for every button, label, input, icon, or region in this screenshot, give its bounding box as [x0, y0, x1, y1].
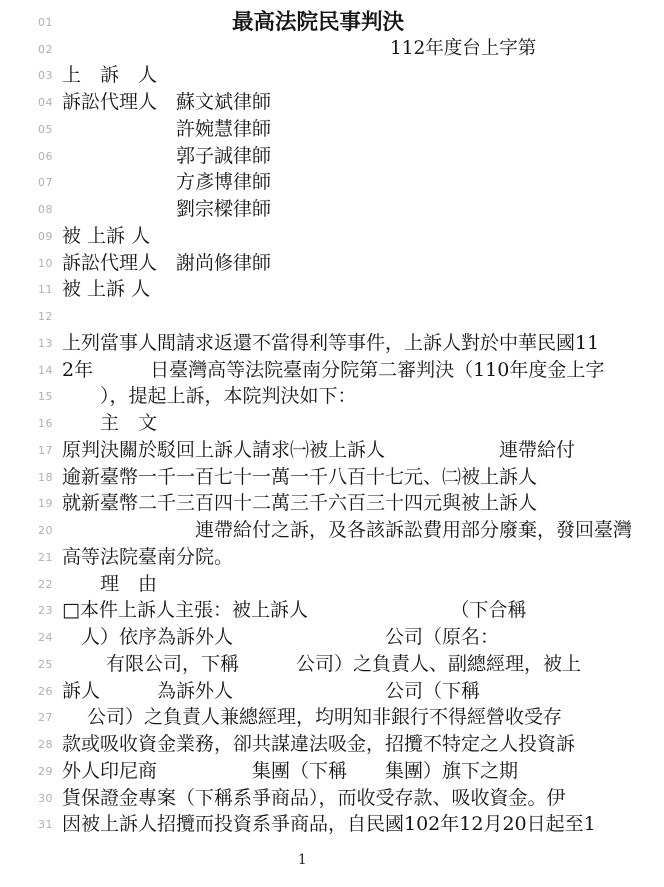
document-line: 142年 日臺灣高等法院臺南分院第二審判決（110年度金上字 — [0, 357, 664, 384]
line-number: 31 — [38, 818, 62, 831]
line-text: 訴訟代理人 謝尚修律師 — [62, 254, 271, 273]
document-lines: 01最高法院民事判決02112年度台上字第03上 訴 人04訴訟代理人 蘇文斌律… — [0, 0, 664, 838]
document-line: 01最高法院民事判決 — [0, 9, 664, 36]
line-number: 14 — [38, 364, 62, 377]
line-text: 理 由 — [62, 575, 157, 594]
document-line: 15 ），提起上訴，本院判決如下： — [0, 384, 664, 411]
line-number: 02 — [38, 43, 62, 56]
line-number: 18 — [38, 471, 62, 484]
line-number: 26 — [38, 685, 62, 698]
judgment-title: 最高法院民事判決 — [62, 12, 404, 34]
line-number: 19 — [38, 497, 62, 510]
document-line: 16 主 文 — [0, 410, 664, 437]
line-number: 12 — [38, 310, 62, 323]
line-number: 01 — [38, 16, 62, 29]
line-text: 被 上訴 人 — [62, 227, 150, 246]
line-number: 15 — [38, 390, 62, 403]
line-text: 訴人 為訴外人 公司（下稱 — [62, 682, 480, 701]
document-line: 24 人）依序為訴外人 公司（原名： — [0, 624, 664, 651]
line-text: 被 上訴 人 — [62, 280, 150, 299]
document-line: 21高等法院臺南分院。 — [0, 544, 664, 571]
line-text: ），提起上訴，本院判決如下： — [62, 387, 357, 406]
line-number: 08 — [38, 203, 62, 216]
document-line: 18逾新臺幣一千一百七十一萬一千八百十七元、㈡被上訴人 — [0, 464, 664, 491]
document-line: 19就新臺幣二千三百四十二萬三千六百三十四元與被上訴人 — [0, 491, 664, 518]
line-number: 23 — [38, 604, 62, 617]
line-text: 上列當事人間請求返還不當得利等事件，上訴人對於中華民國11 — [62, 334, 599, 353]
line-text: 人）依序為訴外人 公司（原名： — [62, 628, 499, 647]
line-number: 10 — [38, 257, 62, 270]
line-text: 原判決關於駁回上訴人請求㈠被上訴人 連帶給付 — [62, 441, 575, 460]
page-number: 1 — [0, 852, 307, 868]
document-line: 31因被上訴人招攬而投資系爭商品，自民國102年12月20日起至1 — [0, 812, 664, 839]
line-text: 貨保證金專案（下稱系爭商品），而收受存款、吸收資金。伊 — [62, 789, 566, 808]
document-line: 28款或吸收資金業務，卻共謀違法吸金，招攬不特定之人投資訴 — [0, 731, 664, 758]
line-number: 21 — [38, 551, 62, 564]
line-text: 外人印尼商 集團（下稱 集團）旗下之期 — [62, 762, 518, 781]
line-number: 25 — [38, 658, 62, 671]
line-number: 30 — [38, 792, 62, 805]
document-line: 30貨保證金專案（下稱系爭商品），而收受存款、吸收資金。伊 — [0, 785, 664, 812]
document-line: 11被 上訴 人 — [0, 277, 664, 304]
document-line: 20 連帶給付之訴，及各該訴訟費用部分廢棄，發回臺灣 — [0, 517, 664, 544]
case-number: 112年度台上字第 — [62, 40, 536, 59]
document-line: 12 — [0, 303, 664, 330]
line-number: 04 — [38, 96, 62, 109]
document-line: 09被 上訴 人 — [0, 223, 664, 250]
document-line: 13上列當事人間請求返還不當得利等事件，上訴人對於中華民國11 — [0, 330, 664, 357]
document-line: 04訴訟代理人 蘇文斌律師 — [0, 89, 664, 116]
document-line: 02112年度台上字第 — [0, 36, 664, 63]
line-number: 06 — [38, 150, 62, 163]
line-number: 22 — [38, 578, 62, 591]
document-line: 17原判決關於駁回上訴人請求㈠被上訴人 連帶給付 — [0, 437, 664, 464]
line-number: 24 — [38, 631, 62, 644]
line-number: 20 — [38, 524, 62, 537]
line-text: 2年 日臺灣高等法院臺南分院第二審判決（110年度金上字 — [62, 361, 604, 380]
line-text: 款或吸收資金業務，卻共謀違法吸金，招攬不特定之人投資訴 — [62, 735, 575, 754]
document-line: 05 許婉慧律師 — [0, 116, 664, 143]
document-line: 26訴人 為訴外人 公司（下稱 — [0, 678, 664, 705]
line-number: 16 — [38, 417, 62, 430]
document-line: 25 有限公司，下稱 公司）之負責人、副總經理，被上 — [0, 651, 664, 678]
line-text: 連帶給付之訴，及各該訴訟費用部分廢棄，發回臺灣 — [62, 521, 632, 540]
line-number: 03 — [38, 69, 62, 82]
line-number: 05 — [38, 123, 62, 136]
document-line: 29外人印尼商 集團（下稱 集團）旗下之期 — [0, 758, 664, 785]
line-text: 因被上訴人招攬而投資系爭商品，自民國102年12月20日起至1 — [62, 815, 596, 834]
line-number: 17 — [38, 444, 62, 457]
line-text: 劉宗樑律師 — [62, 200, 271, 219]
line-number: 29 — [38, 765, 62, 778]
document-line: 03上 訴 人 — [0, 63, 664, 90]
line-text: 公司）之負責人兼總經理，均明知非銀行不得經營收受存 — [62, 708, 562, 727]
line-number: 28 — [38, 738, 62, 751]
document-line: 23□本件上訴人主張：被上訴人 （下合稱 — [0, 598, 664, 625]
document-line: 10訴訟代理人 謝尚修律師 — [0, 250, 664, 277]
line-text: 許婉慧律師 — [62, 120, 271, 139]
line-number: 07 — [38, 176, 62, 189]
line-number: 13 — [38, 337, 62, 350]
line-text: 高等法院臺南分院。 — [62, 548, 233, 567]
page-footer: 1 — [0, 849, 664, 868]
line-text: 逾新臺幣一千一百七十一萬一千八百十七元、㈡被上訴人 — [62, 468, 537, 487]
document-page: 01最高法院民事判決02112年度台上字第03上 訴 人04訴訟代理人 蘇文斌律… — [0, 0, 664, 887]
line-number: 27 — [38, 711, 62, 724]
document-line: 08 劉宗樑律師 — [0, 196, 664, 223]
line-text: 主 文 — [62, 414, 157, 433]
document-line: 07 方彥博律師 — [0, 170, 664, 197]
document-line: 06 郭子誠律師 — [0, 143, 664, 170]
line-text: 上 訴 人 — [62, 66, 157, 85]
line-text: 有限公司，下稱 公司）之負責人、副總經理，被上 — [62, 655, 581, 674]
line-text: 郭子誠律師 — [62, 147, 271, 166]
document-line: 22 理 由 — [0, 571, 664, 598]
line-text: 方彥博律師 — [62, 173, 271, 192]
line-number: 09 — [38, 230, 62, 243]
line-text: 訴訟代理人 蘇文斌律師 — [62, 93, 271, 112]
line-text: □本件上訴人主張：被上訴人 （下合稱 — [62, 601, 526, 620]
line-number: 11 — [38, 283, 62, 296]
line-text: 就新臺幣二千三百四十二萬三千六百三十四元與被上訴人 — [62, 494, 537, 513]
document-line: 27 公司）之負責人兼總經理，均明知非銀行不得經營收受存 — [0, 705, 664, 732]
